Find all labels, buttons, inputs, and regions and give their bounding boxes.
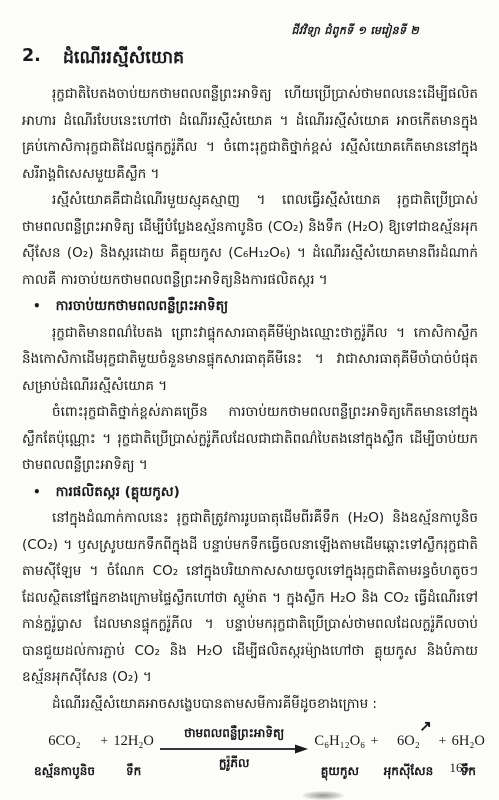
gas-release-arrow-icon: ↗: [419, 717, 432, 736]
paragraph-sugar-stage: នៅក្នុងដំណាក់កាលនេះ រុក្ខជាតិត្រូវការរូប…: [22, 505, 478, 691]
bullet-label-sugar-production: ការផលិតស្ករ (គ្លុយកូស): [56, 479, 180, 506]
formula-carbon-dioxide: 6CO₂: [48, 733, 80, 750]
equation-term-oxygen: 6O₂↗ អុកស៊ីសែន: [384, 733, 434, 781]
label-glucose: គ្លុយកូស: [321, 763, 359, 781]
condition-chlorophyll: ក្លរ៉ូភីល: [219, 755, 249, 773]
formula-glucose: C₆H₁₂O₆: [314, 733, 365, 750]
paragraph-equation-intro: ដំណើររស្មីសំយោគអាចសង្ខេបបានតាមសមីការគីមី…: [22, 691, 478, 718]
equation-term-glucose: C₆H₁₂O₆ គ្លុយកូស: [314, 733, 365, 781]
paragraph-overview: រស្មីសំយោគគឺជាដំណើរមួយស្មុគស្មាញ ។ ពេលធ្…: [22, 187, 478, 293]
equation-term-carbon-dioxide: 6CO₂ ឧស្ម័នកាបូនិច: [34, 733, 95, 781]
condition-sunlight-energy: ថាមពលពន្លឺព្រះអាទិត្យ: [184, 725, 284, 743]
plus-sign: +: [98, 733, 110, 750]
page-number: 165: [450, 760, 470, 776]
plus-sign: +: [369, 733, 381, 750]
paragraph-leaves: ចំពោះរុក្ខជាតិថ្នាក់ខ្ពស់ភាគច្រើន ការចាប…: [22, 399, 478, 479]
formula-water-product: 6H₂O: [452, 733, 485, 750]
bullet-item-sugar-production: • ការផលិតស្ករ (គ្លុយកូស): [33, 479, 478, 506]
formula-oxygen: 6O₂↗: [397, 733, 420, 750]
paragraph-intro: រុក្ខជាតិបៃតងចាប់យកថាមពលពន្លឺព្រះអាទិត្យ…: [22, 81, 478, 187]
plus-sign: +: [436, 733, 448, 750]
label-water-reactant: ទឹក: [126, 763, 141, 781]
equation-term-water-reactant: 12H₂O ទឹក: [113, 733, 154, 781]
running-header: ជីវវិទ្យា ជំពូកទី ១ មេរៀនទី ២: [0, 0, 499, 40]
reaction-conditions: ថាមពលពន្លឺព្រះអាទិត្យ ក្លរ៉ូភីល: [157, 725, 311, 773]
bullet-label-light-capture: ការចាប់យកថាមពលពន្លឺព្រះអាទិត្យ: [56, 293, 229, 320]
section-heading: 2. ដំណើររស្មីសំយោគ: [22, 46, 499, 72]
label-oxygen: អុកស៊ីសែន: [384, 763, 434, 781]
section-number: 2.: [22, 46, 41, 72]
bullet-dot-icon: •: [33, 479, 41, 506]
bullet-dot-icon: •: [33, 293, 41, 320]
paragraph-chlorophyll: រុក្ខជាតិមានពណ៌បៃតង ព្រោះវាផ្ទុកសារធាតុគ…: [22, 320, 478, 400]
label-carbon-dioxide: ឧស្ម័នកាបូនិច: [34, 763, 95, 781]
document-page: ជីវវិទ្យា ជំពូកទី ១ មេរៀនទី ២ 2. ដំណើររស…: [0, 0, 499, 800]
formula-water-reactant: 12H₂O: [113, 733, 154, 750]
section-title: ដំណើររស្មីសំយោគ: [63, 46, 184, 72]
scan-smudge: [302, 791, 344, 800]
reaction-arrow-icon: [160, 744, 308, 754]
bullet-item-light-capture: • ការចាប់យកថាមពលពន្លឺព្រះអាទិត្យ: [33, 293, 478, 320]
chemical-equation: 6CO₂ ឧស្ម័នកាបូនិច + 12H₂O ទឹក ថាមពលពន្ល…: [34, 733, 485, 781]
